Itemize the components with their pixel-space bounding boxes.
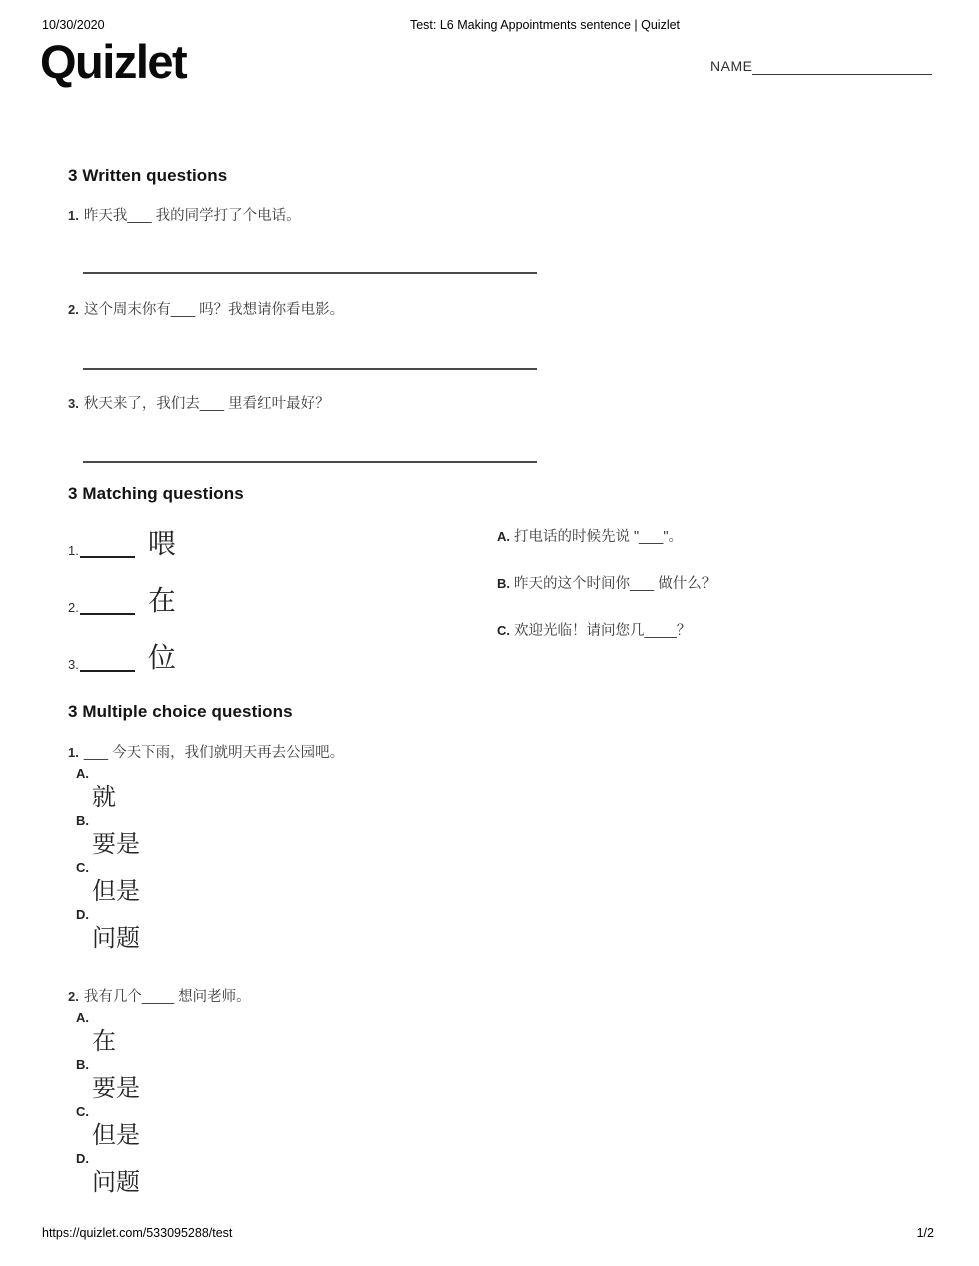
choice-letter: D. — [76, 1152, 140, 1165]
question-text: ___ 今天下雨，我们就明天再去公园吧。 — [84, 745, 344, 761]
quizlet-logo: Quizlet — [40, 34, 186, 89]
multiple-choice-heading: 3 Multiple choice questions — [68, 702, 293, 722]
choice-text: 在 — [92, 1028, 116, 1055]
choice-letter: B. — [76, 814, 140, 827]
item-number: 3. — [68, 657, 79, 673]
matching-option-a: A.打电话的时候先说 "___"。 — [497, 529, 927, 545]
print-date: 10/30/2020 — [42, 18, 105, 32]
mc1-choice-b[interactable]: B. 要是 — [76, 814, 140, 858]
choice-letter: A. — [76, 1011, 116, 1024]
question-text: 这个周末你有___ 吗？我想请你看电影。 — [84, 302, 344, 318]
match-term: 在 — [148, 586, 176, 616]
item-number: 2. — [68, 600, 79, 616]
item-number: 1. — [68, 543, 79, 559]
choice-letter: D. — [76, 908, 140, 921]
choice-text: 就 — [92, 784, 116, 811]
matching-option-b: B.昨天的这个时间你___ 做什么？ — [497, 576, 927, 592]
written-question-1: 1.昨天我___ 我的同学打了个电话。 — [68, 206, 668, 226]
match-term: 喂 — [148, 529, 176, 559]
document-title: Test: L6 Making Appointments sentence | … — [350, 18, 740, 32]
matching-option-c: C.欢迎光临！请问您几____？ — [497, 623, 927, 639]
choice-text: 但是 — [92, 1122, 140, 1149]
name-field: NAME — [710, 58, 932, 75]
footer-page-number: 1/2 — [917, 1226, 934, 1240]
choice-text: 但是 — [92, 878, 140, 905]
option-text: 欢迎光临！请问您几____？ — [514, 623, 691, 639]
matching-item-3: 3. 位 — [68, 643, 176, 673]
option-letter: A. — [497, 529, 510, 544]
choice-text: 要是 — [92, 831, 140, 858]
question-text: 昨天我___ 我的同学打了个电话。 — [84, 208, 301, 224]
written-question-3: 3.秋天来了，我们去___ 里看红叶最好？ — [68, 394, 668, 414]
question-number: 2. — [68, 302, 79, 317]
choice-letter: C. — [76, 861, 140, 874]
mc-question-1: 1.___ 今天下雨，我们就明天再去公园吧。 — [68, 745, 768, 761]
choice-letter: A. — [76, 767, 116, 780]
matching-questions-heading: 3 Matching questions — [68, 484, 244, 504]
question-text: 秋天来了，我们去___ 里看红叶最好？ — [84, 396, 330, 412]
mc2-choice-c[interactable]: C. 但是 — [76, 1105, 140, 1149]
written-question-2: 2.这个周末你有___ 吗？我想请你看电影。 — [68, 300, 668, 320]
answer-line-2[interactable] — [83, 368, 537, 370]
choice-letter: B. — [76, 1058, 140, 1071]
mc2-choice-b[interactable]: B. 要是 — [76, 1058, 140, 1102]
mc1-choice-d[interactable]: D. 问题 — [76, 908, 140, 952]
name-blank-line[interactable] — [752, 59, 932, 75]
option-text: 打电话的时候先说 "___"。 — [514, 529, 683, 545]
match-term: 位 — [148, 643, 176, 673]
option-letter: C. — [497, 623, 510, 638]
mc2-choice-d[interactable]: D. 问题 — [76, 1152, 140, 1196]
match-blank-1[interactable] — [80, 556, 135, 558]
footer-url: https://quizlet.com/533095288/test — [42, 1226, 232, 1240]
name-label: NAME — [710, 58, 752, 75]
written-questions-heading: 3 Written questions — [68, 166, 227, 186]
question-number: 1. — [68, 745, 79, 760]
mc2-choice-a[interactable]: A. 在 — [76, 1011, 116, 1055]
choice-text: 要是 — [92, 1075, 140, 1102]
matching-item-2: 2. 在 — [68, 586, 176, 616]
matching-item-1: 1. 喂 — [68, 529, 176, 559]
answer-line-1[interactable] — [83, 272, 537, 274]
choice-letter: C. — [76, 1105, 140, 1118]
question-text: 我有几个____ 想问老师。 — [84, 989, 251, 1005]
question-number: 1. — [68, 208, 79, 223]
option-text: 昨天的这个时间你___ 做什么？ — [514, 576, 716, 592]
test-print-page: 10/30/2020 Test: L6 Making Appointments … — [0, 0, 979, 1266]
match-blank-3[interactable] — [80, 670, 135, 672]
mc-question-2: 2.我有几个____ 想问老师。 — [68, 989, 768, 1005]
mc1-choice-c[interactable]: C. 但是 — [76, 861, 140, 905]
choice-text: 问题 — [92, 1169, 140, 1196]
option-letter: B. — [497, 576, 510, 591]
question-number: 3. — [68, 396, 79, 411]
choice-text: 问题 — [92, 925, 140, 952]
question-number: 2. — [68, 989, 79, 1004]
mc1-choice-a[interactable]: A. 就 — [76, 767, 116, 811]
match-blank-2[interactable] — [80, 613, 135, 615]
answer-line-3[interactable] — [83, 461, 537, 463]
